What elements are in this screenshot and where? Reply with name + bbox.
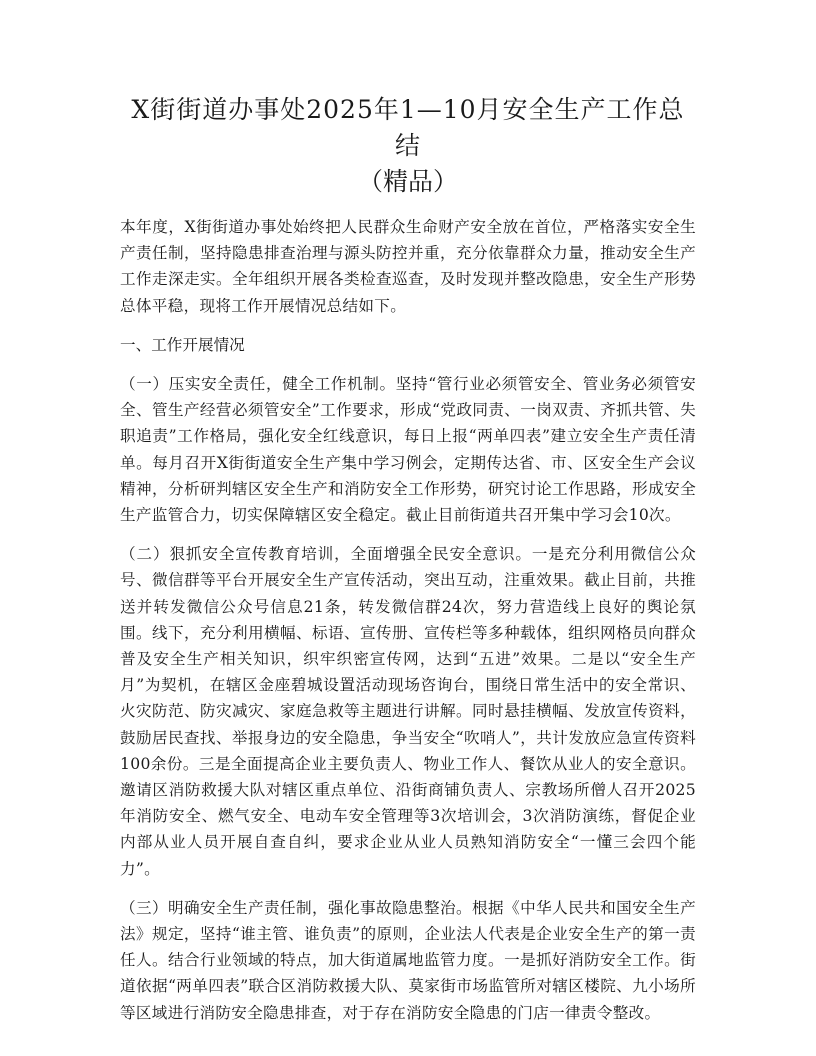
paragraph-3: （三）明确安全生产责任制，强化事故隐患整治。根据《中华人民共和国安全生产法》规定… <box>120 895 696 1026</box>
document-title: X街街道办事处2025年1—10月安全生产工作总结 <box>120 92 696 164</box>
document-subtitle: （精品） <box>120 164 696 200</box>
document-page: X街街道办事处2025年1—10月安全生产工作总结 （精品） 本年度，X街街道办… <box>120 92 696 1039</box>
paragraph-1: （一）压实安全责任，健全工作机制。坚持“管行业必须管安全、管业务必须管安全、管生… <box>120 371 696 528</box>
paragraph-2: （二）狠抓安全宣传教育培训，全面增强全民安全意识。一是充分利用微信公众号、微信群… <box>120 541 696 882</box>
section-heading: 一、工作开展情况 <box>120 332 696 358</box>
intro-paragraph: 本年度，X街街道办事处始终把人民群众生命财产安全放在首位，严格落实安全生产责任制… <box>120 214 696 319</box>
